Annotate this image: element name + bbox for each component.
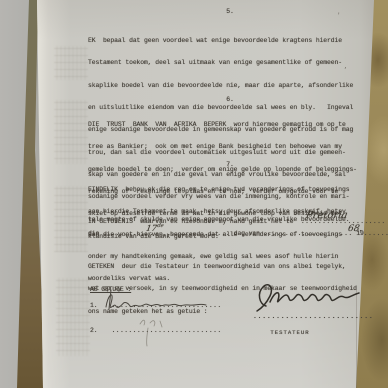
ink-bleedthrough [56,278,90,356]
attestation-date-line: die .............................. dag v… [88,230,378,237]
ink-bleedthrough [54,46,88,80]
ink-bleedthrough [54,100,88,164]
witness-2-signature [130,315,190,347]
year-dotted-line: ....... [364,230,388,237]
witness-1-signature [100,287,212,313]
handwritten-place: Pretoria [305,210,348,221]
ink-bleedthrough [54,186,88,252]
scanned-testament-page: ' , 5. EK bepaal dat geen voordeel wat e… [0,0,388,388]
clause-5-number: 5. [88,8,372,15]
testator-label: TESTATEUR [238,329,342,336]
testator-signature-block: .......................... TESTATEUR [238,306,342,352]
clause-6-number: 6. [88,96,372,103]
clause-7-number: 7. [88,161,372,168]
testator-dotted-line: .......................... [253,313,374,320]
handwritten-day: 17de [145,223,164,234]
handwritten-year: 68. [347,224,363,234]
month-dotted-line: ..................... [264,230,353,237]
day-dotted-line: .............................. [103,230,230,237]
